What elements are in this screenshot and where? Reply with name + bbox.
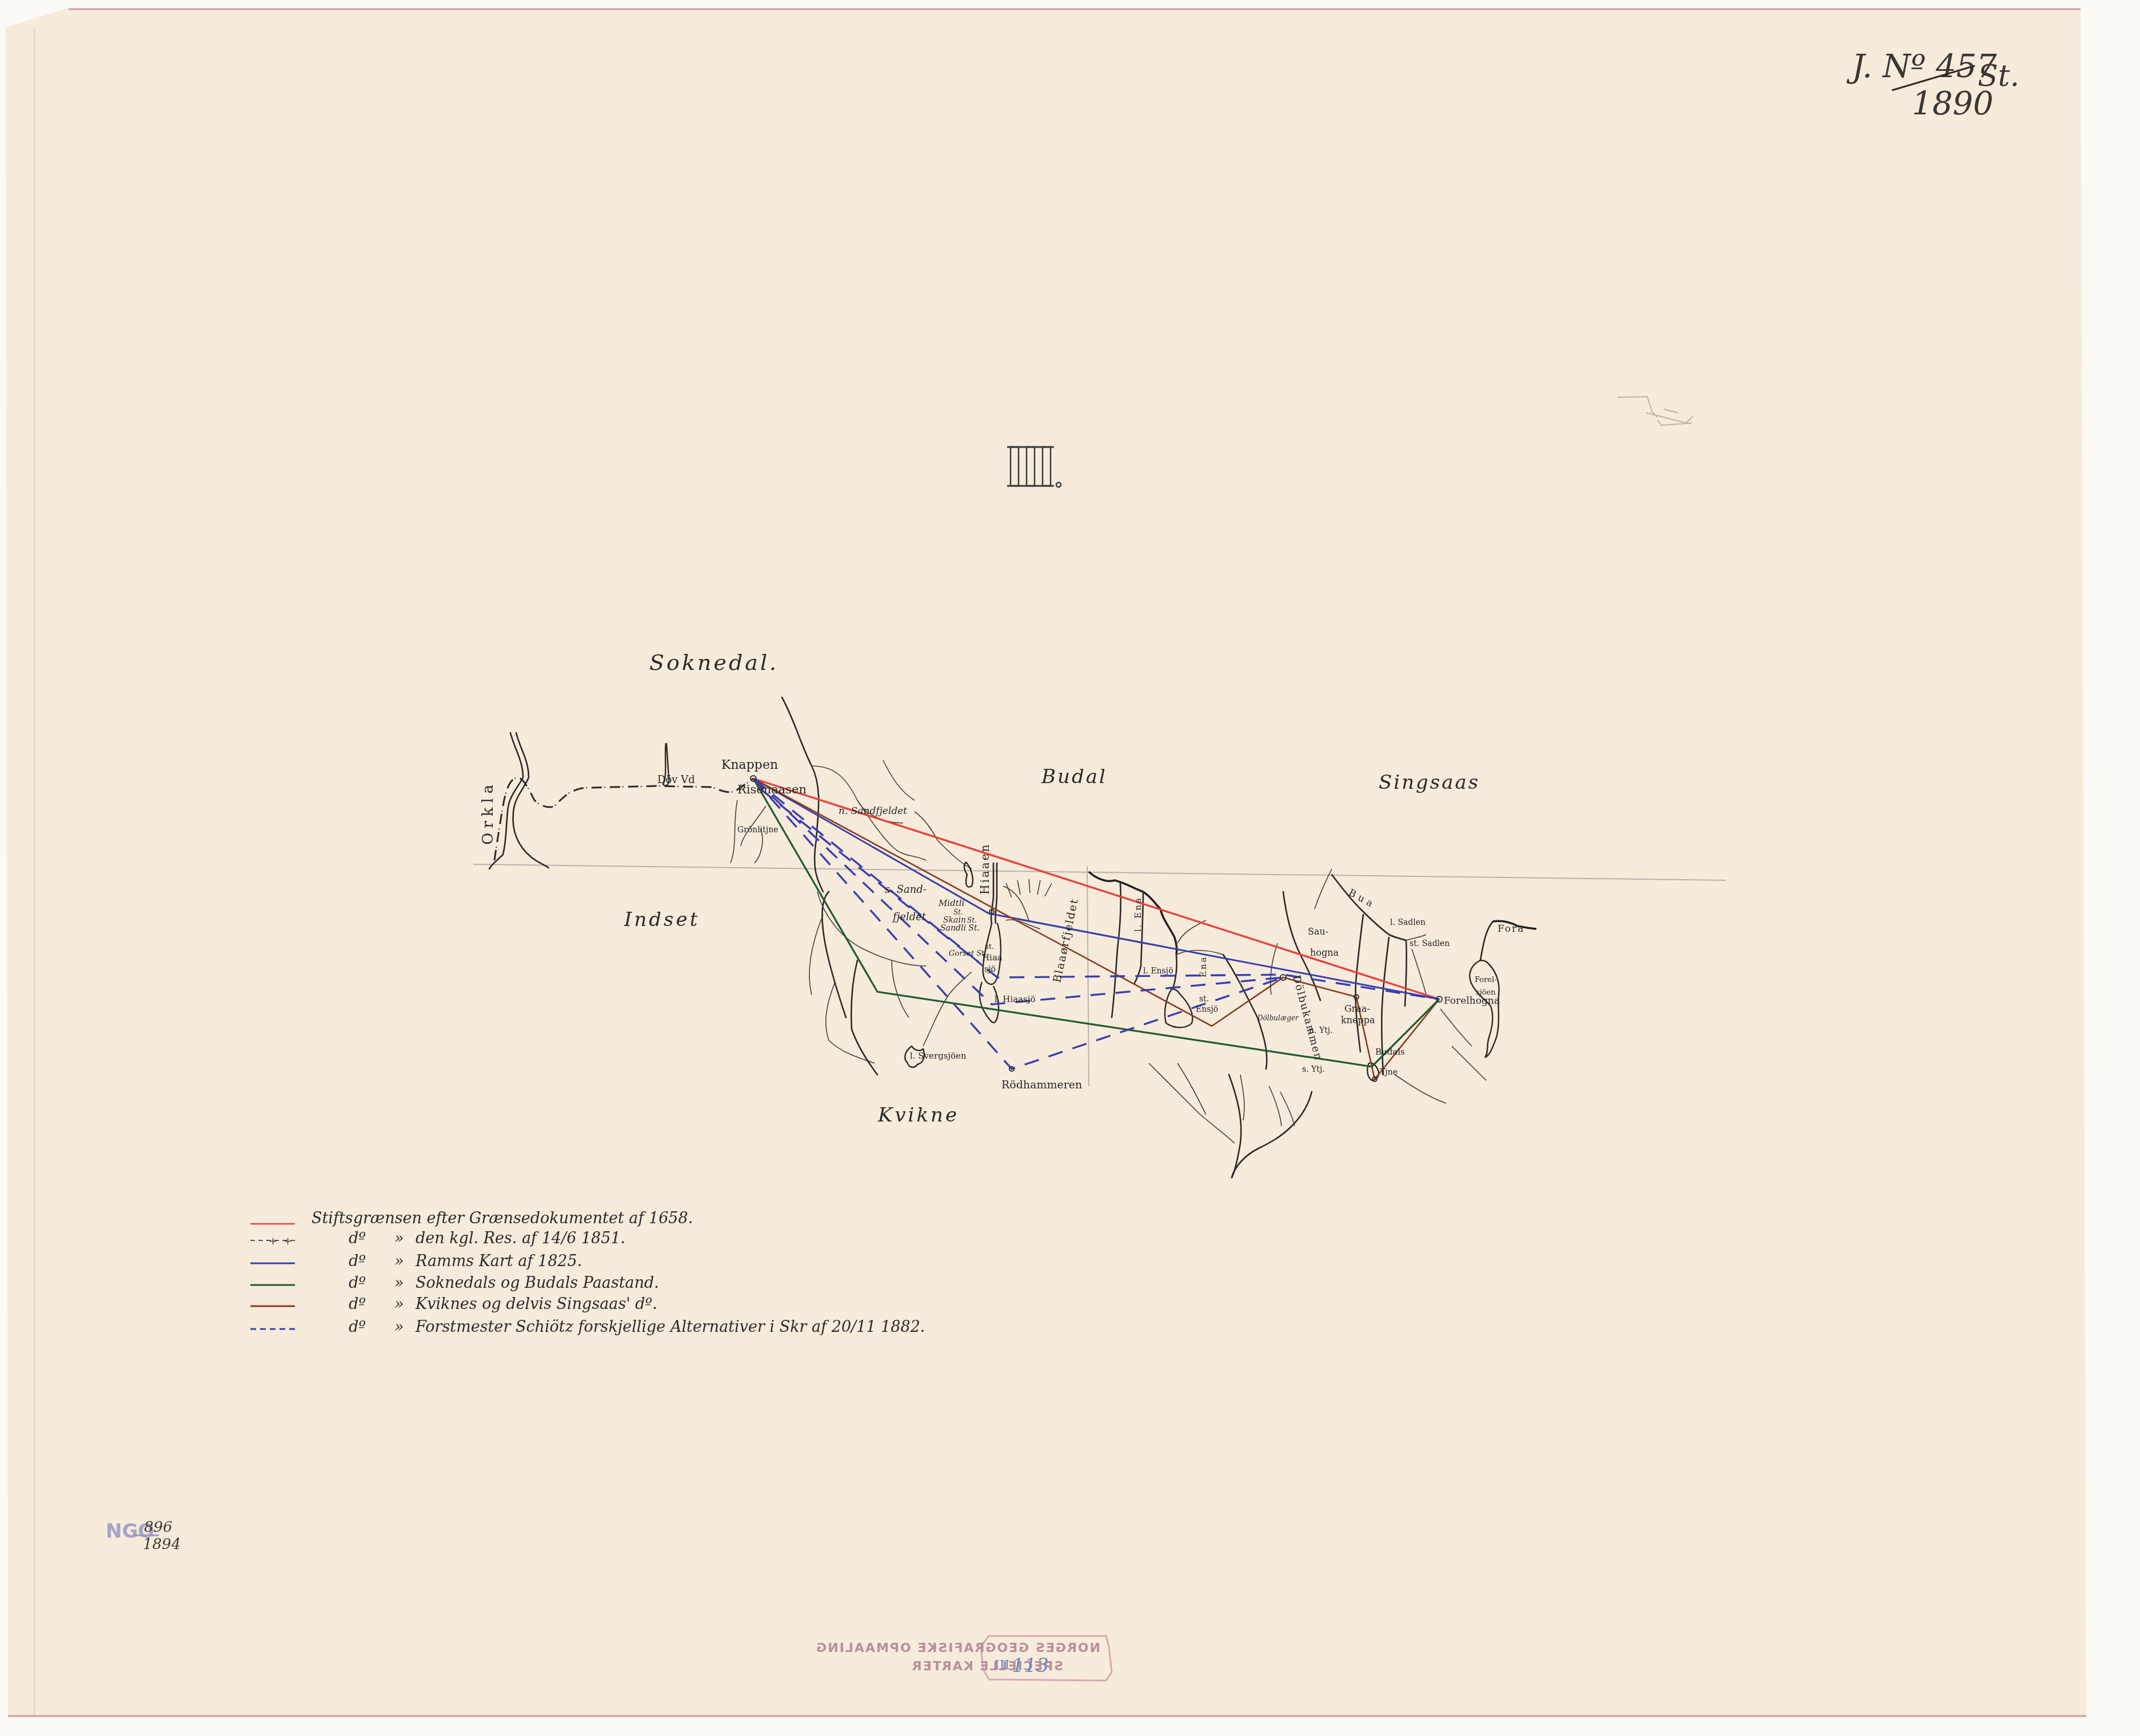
label-l-hiaasjo: l. Hiaasjö [995,994,1035,1004]
region-label-soknedal: Soknedal. [649,650,778,675]
label-hiaaen: Hiaaen [978,843,992,895]
label-orkla: Orkla [480,780,497,845]
legend-item-1658: Stiftsgrænsen efter Grænsedokumentet af … [250,1210,693,1227]
svg-text:St.: St. [967,916,977,924]
svg-text:dº: dº [349,1295,366,1313]
svg-text:»: » [394,1252,404,1270]
svg-text:Forstmester Schiötz forskjelli: Forstmester Schiötz forskjellige Alterna… [415,1318,925,1336]
label-n-sandfjeldet: n. Sandfjeldet [839,805,907,817]
paper [6,8,2086,1718]
label-s-ytj: s. Ytj. [1302,1065,1325,1074]
region-label-indset: Indset [624,908,700,931]
svg-text:hogna: hogna [1310,947,1339,958]
label-l-sadlen: l. Sadlen [1390,918,1426,927]
label-graakneppa: Graa- [1344,1003,1370,1014]
label-midtli: Midtli [938,898,965,908]
svg-text:»: » [394,1230,404,1247]
label-forelsjoen: Forel- [1475,976,1497,984]
svg-text:dº: dº [349,1252,366,1270]
label-n-ytj: n. Ytj. [1309,1026,1333,1035]
label-st-sadlen: st. Sadlen [1410,939,1450,948]
label-rodhammeren: Rödhammeren [1001,1079,1082,1091]
label-ena: Ena [1198,955,1208,977]
svg-text:dº: dº [349,1230,366,1247]
svg-text:St.: St. [1978,59,2019,93]
svg-text:»: » [394,1295,404,1313]
region-label-singsaas: Singsaas [1379,771,1480,794]
stamp-number: 113 [1012,1654,1049,1677]
svg-text:Ramms Kart af 1825.: Ramms Kart af 1825. [415,1252,582,1270]
label-gorset: Gorset St. [949,949,987,958]
svg-text:sjö: sjö [984,965,996,974]
label-l-svergsjoen: l. Svergsjöen [910,1051,967,1061]
svg-text:Kviknes og delvis Singsaas' dº: Kviknes og delvis Singsaas' dº. [415,1295,657,1313]
svg-text:kneppa: kneppa [1341,1015,1375,1025]
label-hiaa-sjo: Hiaa [982,952,1003,963]
label-sauhogna: Sau- [1308,926,1328,937]
svg-text:dº: dº [349,1318,366,1336]
map-sheet: J. Nº 457 1890 St. III. Soknedal. Budal … [0,0,2140,1736]
label-s-sandfjeldet: s. Sand- [885,884,927,896]
region-label-budal: Budal [1041,765,1107,788]
svg-text:896: 896 [144,1519,173,1536]
svg-text:St.: St. [953,908,963,916]
svg-text:Stiftsgrænsen efter Grænsedoku: Stiftsgrænsen efter Grænsedokumentet af … [312,1210,693,1227]
label-l-ena: l. Ena [1133,896,1143,932]
svg-text:NORGES GEOGRAFISKE OPMAALING: NORGES GEOGRAFISKE OPMAALING [815,1641,1100,1655]
region-label-kvikne: Kvikne [877,1104,959,1127]
label-dov-vd: Döv Vd [657,774,695,786]
label-st-ensjo: st. [1199,995,1209,1004]
label-risenaasen: Risenaasen [737,783,807,796]
svg-text:Ensjö: Ensjö [1196,1005,1218,1014]
label-l-ensjo: l. Ensjö [1143,967,1173,976]
label-budals: Budals [1375,1047,1405,1057]
label-gronlitjne: Grönlitjne [737,825,778,835]
label-sandli: Sandli St. [940,924,980,933]
label-knappen: Knappen [721,758,778,772]
svg-text:fjeldet: fjeldet [892,911,927,923]
svg-text:»: » [394,1318,404,1336]
svg-text:dº: dº [349,1274,366,1292]
label-forelhogna: Forelhogna [1444,995,1500,1007]
svg-text:»: » [394,1274,404,1292]
svg-text:+: + [284,1235,292,1247]
svg-text:1894: 1894 [143,1536,181,1553]
label-dolbulaeger: Dölbulæger [1257,1014,1299,1022]
svg-text:+: + [269,1235,277,1247]
legend-item-schiotz-alternatives: dº » Forstmester Schiötz forskjellige Al… [250,1318,925,1336]
svg-text:den kgl. Res. af 14/6 1851.: den kgl. Res. af 14/6 1851. [416,1230,625,1247]
svg-text:Soknedals og Budals Paastand.: Soknedals og Budals Paastand. [416,1274,659,1292]
label-fora: Fora [1498,923,1524,935]
label-tjne: Tjne [1380,1068,1398,1077]
stamp-series: III [995,1658,1009,1673]
